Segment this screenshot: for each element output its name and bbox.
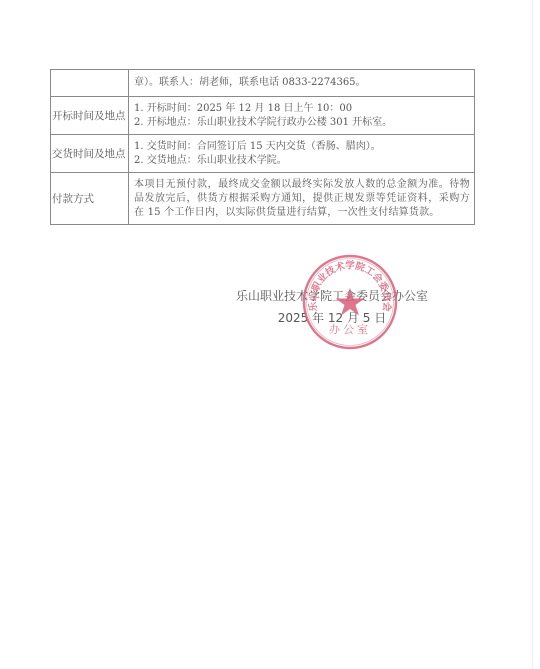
delivery-time: 1. 交货时间：合同签订后 15 天内交货（香肠、腊肉）。 [134,140,474,154]
page-edge [532,0,533,669]
row-content: 本项目无预付款，最终成交金额以最终实际发放人数的总金额为准。待物品发放完后，供货… [129,173,475,225]
procurement-info-table: 章）。联系人：胡老师，联系电话 0833-2274365。 开标时间及地点 1.… [50,69,475,225]
stamp-bottom-text: 办公室 [329,322,371,336]
row-content: 1. 交货时间：合同签订后 15 天内交货（香肠、腊肉）。 2. 交货地点：乐山… [129,135,475,173]
bid-opening-location: 2. 开标地点：乐山职业技术学院行政办公楼 301 开标室。 [134,116,474,130]
row-content: 1. 开标时间：2025 年 12 月 18 日上午 10：00 2. 开标地点… [129,97,475,135]
row-content: 章）。联系人：胡老师，联系电话 0833-2274365。 [129,70,475,97]
table-row-delivery: 交货时间及地点 1. 交货时间：合同签订后 15 天内交货（香肠、腊肉）。 2.… [51,135,475,173]
official-seal-icon: 乐山职业技术学院工会委员会 办公室 [302,254,398,350]
row-label [51,70,129,97]
table-row-payment: 付款方式 本项目无预付款，最终成交金额以最终实际发放人数的总金额为准。待物品发放… [51,173,475,225]
delivery-location: 2. 交货地点：乐山职业技术学院。 [134,154,474,168]
payment-terms: 本项目无预付款，最终成交金额以最终实际发放人数的总金额为准。待物品发放完后，供货… [134,178,474,220]
bid-opening-time: 1. 开标时间：2025 年 12 月 18 日上午 10：00 [134,102,474,116]
row-label: 开标时间及地点 [51,97,129,135]
row-label: 交货时间及地点 [51,135,129,173]
table-row-bid-opening: 开标时间及地点 1. 开标时间：2025 年 12 月 18 日上午 10：00… [51,97,475,135]
stamp-star-icon [336,288,365,316]
table-row-contact: 章）。联系人：胡老师，联系电话 0833-2274365。 [51,70,475,97]
contact-line: 章）。联系人：胡老师，联系电话 0833-2274365。 [134,76,474,90]
row-label: 付款方式 [51,173,129,225]
